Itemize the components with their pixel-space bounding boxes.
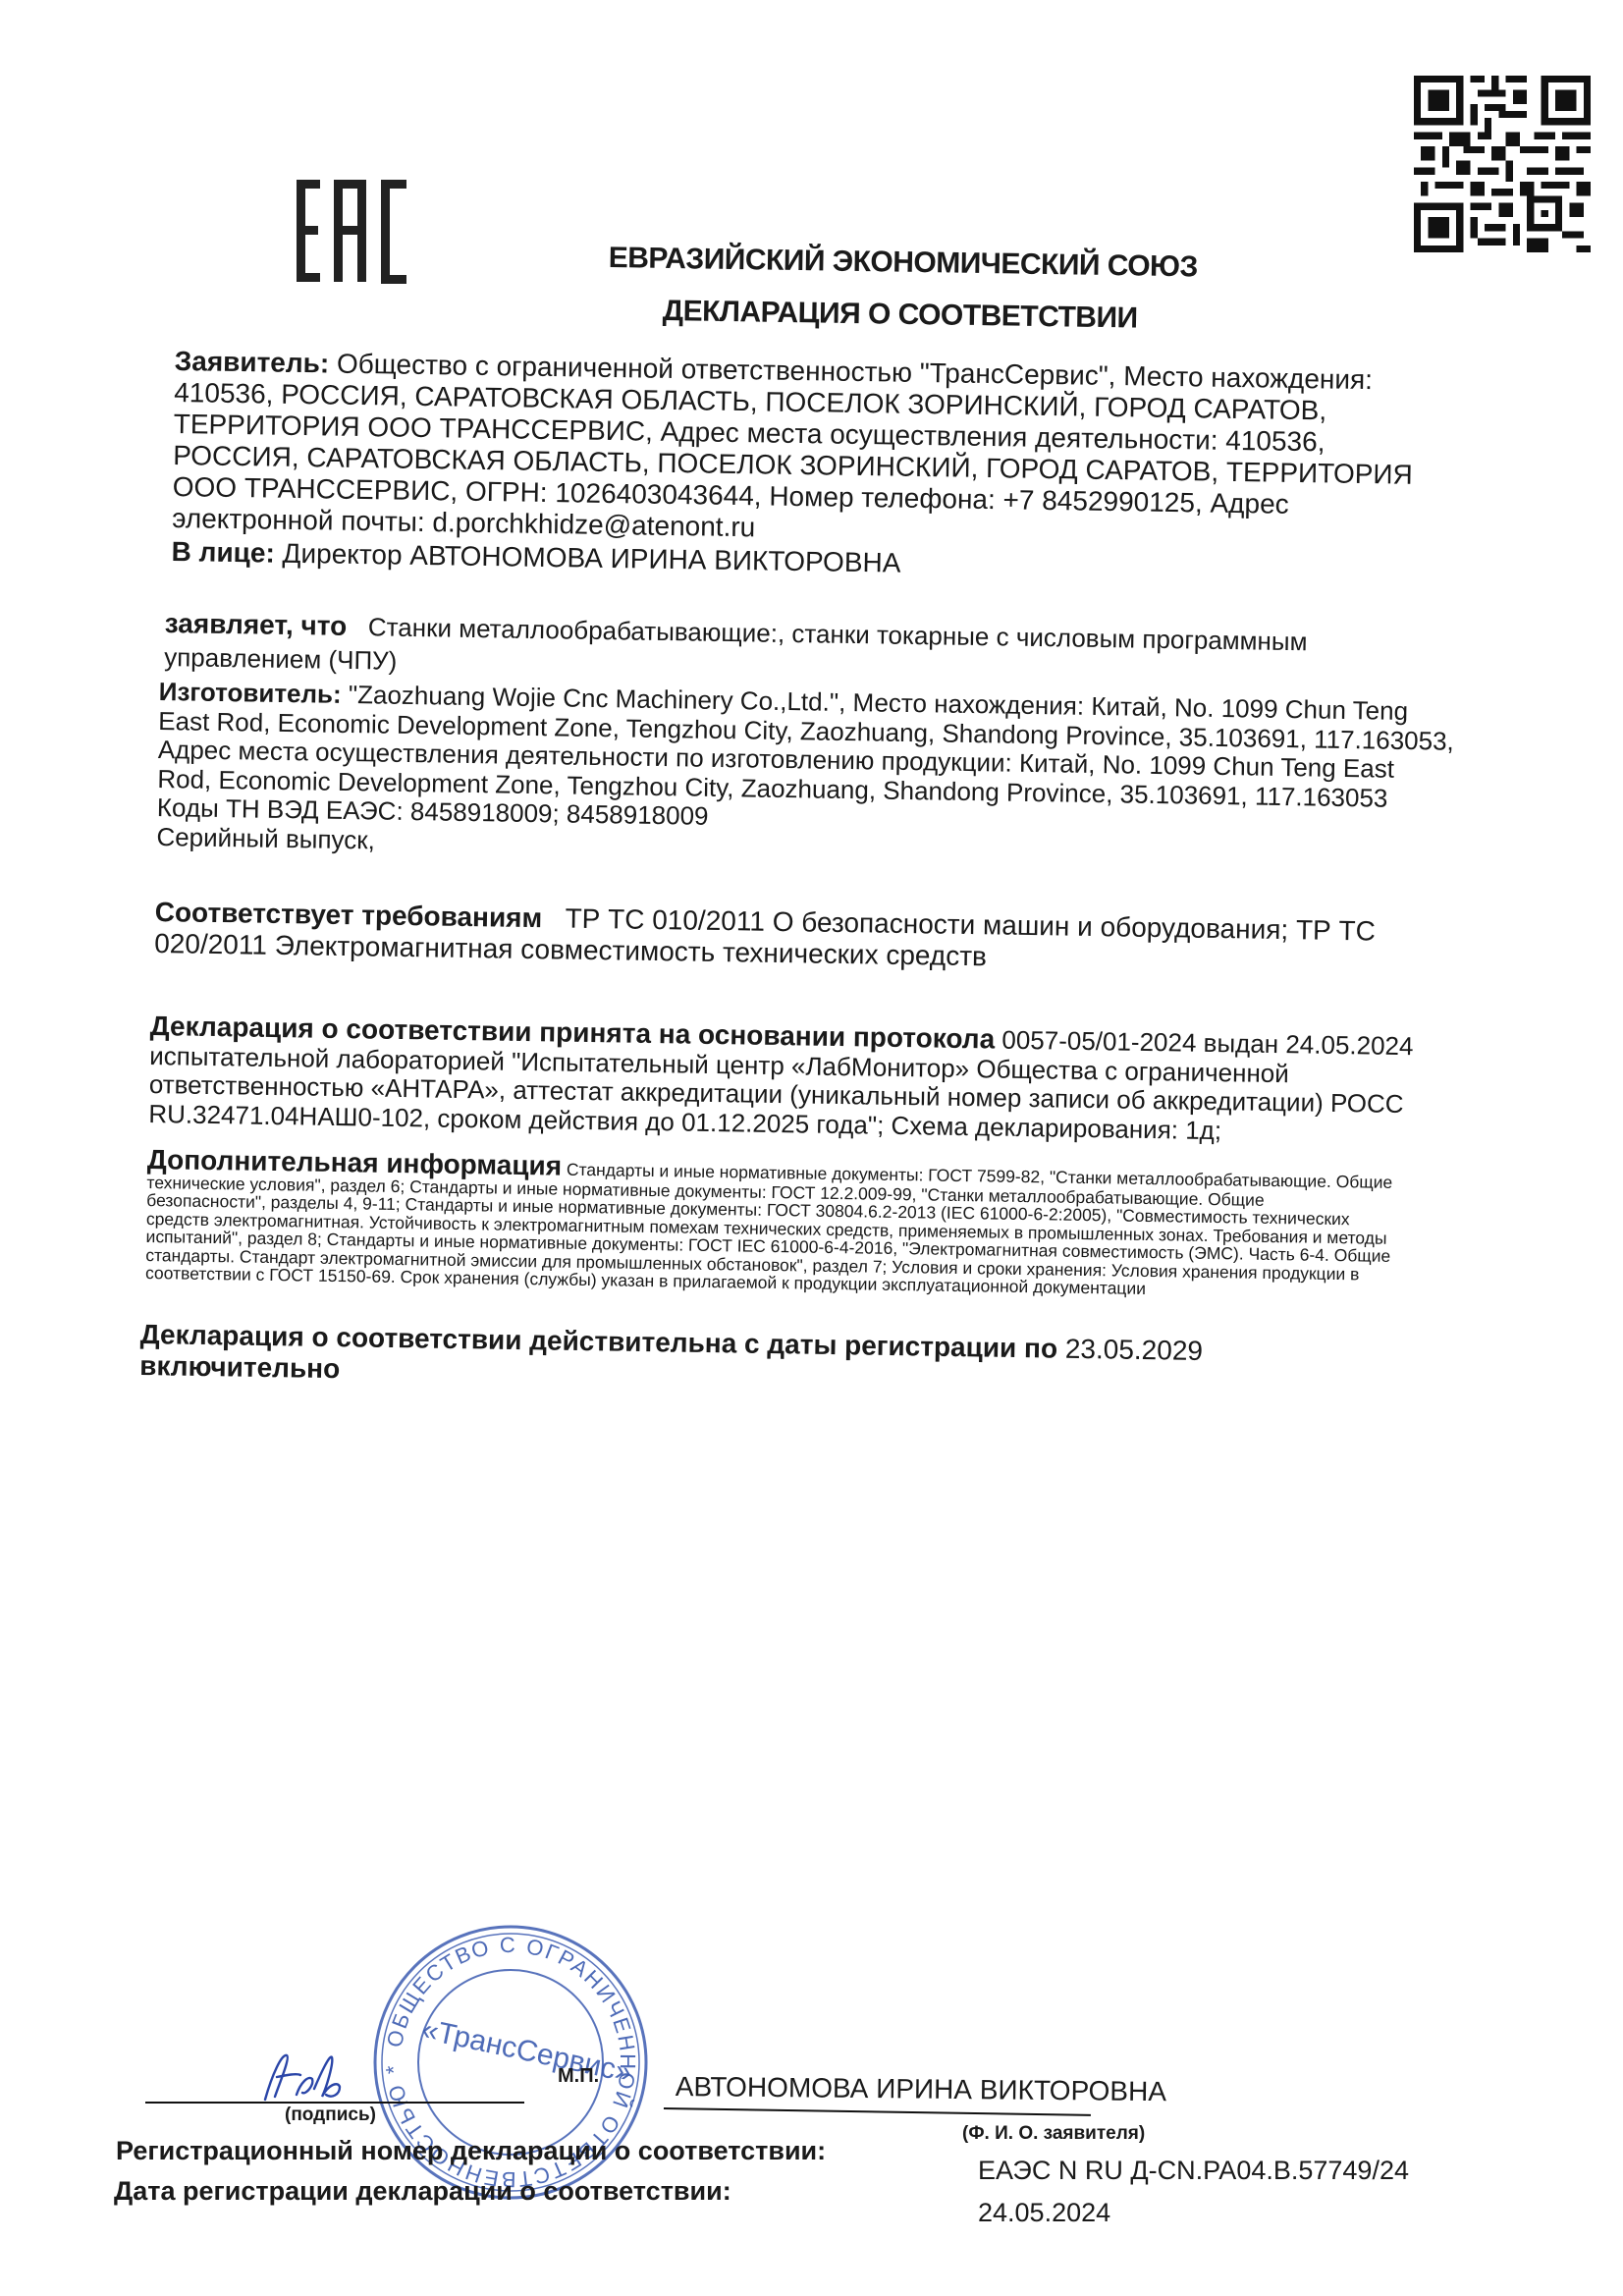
applicant-section: Заявитель: Общество с ограниченной ответ… <box>171 346 1414 587</box>
registration-number-value: ЕАЭС N RU Д-CN.РА04.В.57749/24 <box>978 2156 1409 2186</box>
union-title: ЕВРАЗИЙСКИЙ ЭКОНОМИЧЕСКИЙ СОЮЗ <box>608 242 1198 284</box>
mp-label: М.П. <box>558 2065 599 2088</box>
registration-date-label: Дата регистрации декларации о соответств… <box>114 2176 731 2207</box>
person-label: В лице: <box>171 536 275 569</box>
applicant-label: Заявитель: <box>175 346 330 378</box>
protocol-section: Декларация о соответствии принята на осн… <box>148 1011 1414 1148</box>
compliance-section: Соответствует требованиям ТР ТС 010/2011… <box>154 897 1376 979</box>
validity-section: Декларация о соответствии действительна … <box>139 1319 1203 1398</box>
applicant-name: АВТОНОМОВА ИРИНА ВИКТОРОВНА <box>676 2071 1166 2107</box>
signature-line <box>145 2102 524 2104</box>
declares-label: заявляет, что <box>165 608 348 641</box>
manufacturer-section: Изготовитель: "Zaozhuang Wojie Cnc Machi… <box>156 678 1454 872</box>
eac-logo-icon <box>295 180 412 286</box>
name-caption: (Ф. И. О. заявителя) <box>962 2123 1145 2145</box>
declares-section: заявляет, что Станки металлообрабатывающ… <box>164 609 1308 689</box>
registration-number-label: Регистрационный номер декларации о соотв… <box>116 2136 826 2166</box>
manufacturer-label: Изготовитель: <box>159 677 342 709</box>
qr-code-icon <box>1414 71 1591 257</box>
validity-date: 23.05.2029 <box>1065 1334 1204 1366</box>
registration-date-value: 24.05.2024 <box>978 2198 1110 2228</box>
svg-text:«ТрансСервис»: «ТрансСервис» <box>419 2013 635 2090</box>
name-line <box>664 2107 1091 2116</box>
signature-icon <box>257 2046 346 2105</box>
compliance-label: Соответствует требованиям <box>155 897 543 933</box>
additional-info-section: Дополнительная информация Стандарты и ин… <box>145 1151 1393 1301</box>
signature-caption: (подпись) <box>285 2105 376 2126</box>
document-title: ДЕКЛАРАЦИЯ О СООТВЕТСТВИИ <box>662 295 1137 336</box>
